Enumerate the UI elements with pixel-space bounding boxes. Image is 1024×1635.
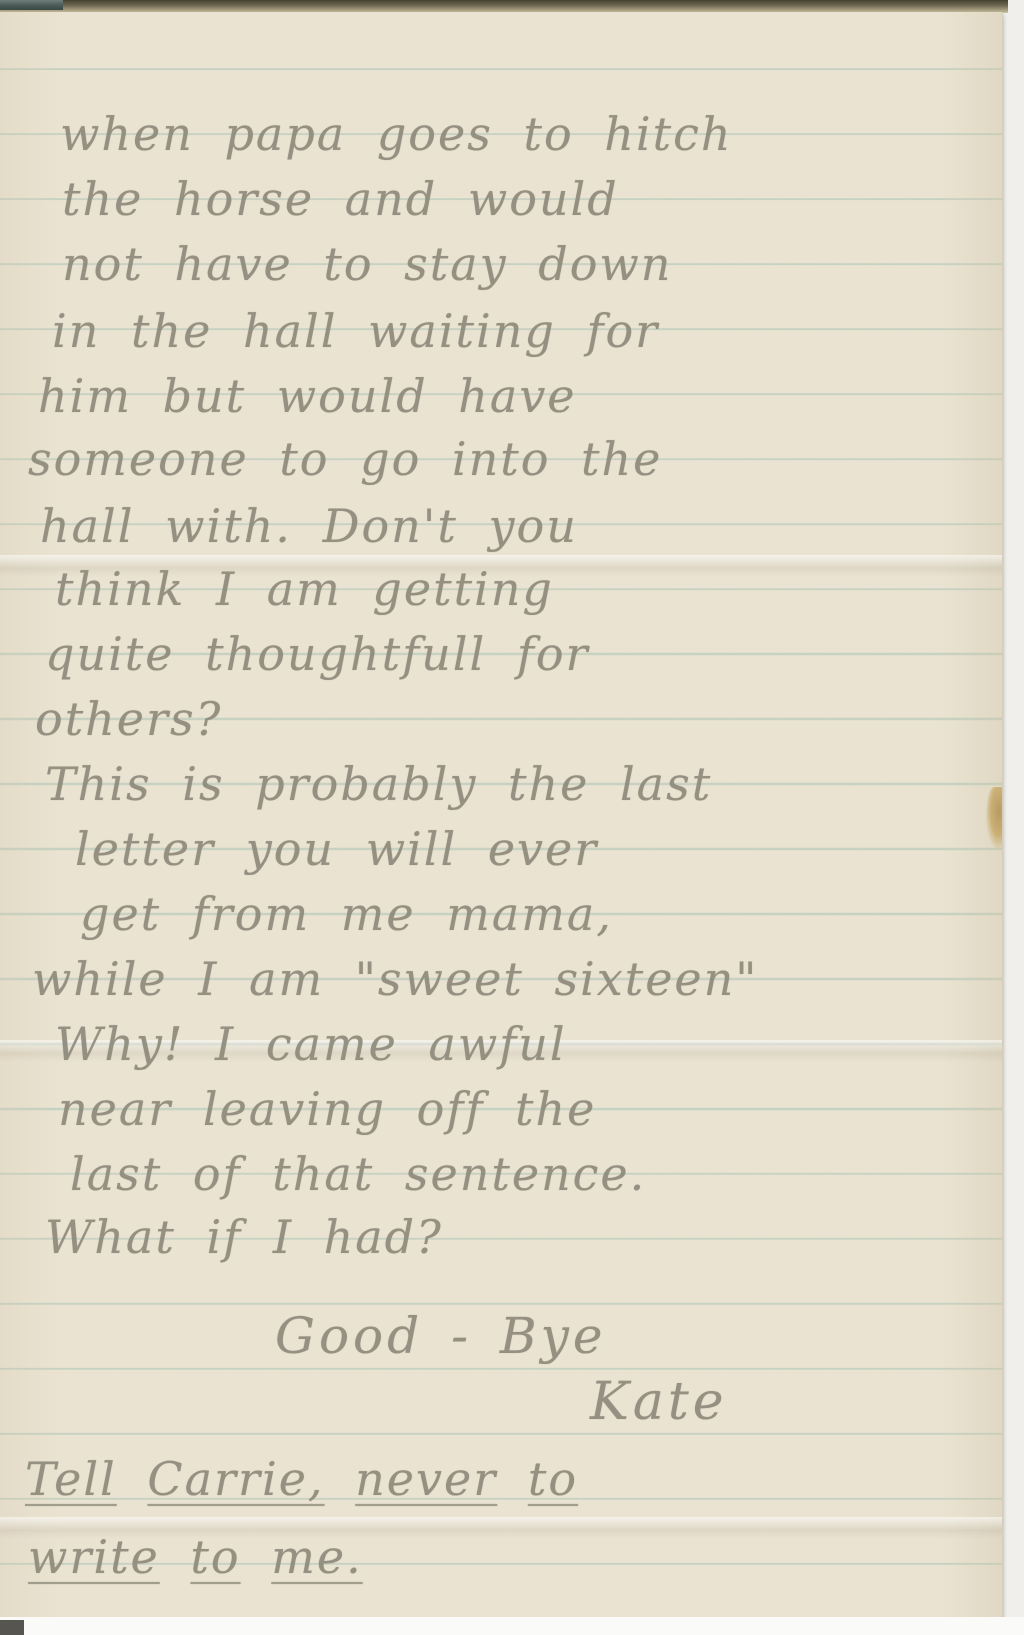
word: goes <box>377 107 493 161</box>
letter-line-body: when papa goes to hitch <box>60 107 733 161</box>
scanner-bottom-left-object <box>0 1620 24 1635</box>
letter-line-body: What if I had? <box>45 1210 443 1264</box>
word: horse <box>174 172 314 226</box>
word: last <box>620 757 712 811</box>
word: Tell <box>25 1452 117 1506</box>
letter-paper: when papa goes to hitchthe horse and wou… <box>0 12 1003 1617</box>
word: Kate <box>590 1372 728 1432</box>
word: down <box>538 237 672 291</box>
word: the <box>581 432 662 486</box>
word: that <box>272 1147 374 1201</box>
word: the <box>508 757 589 811</box>
word: the <box>515 1082 596 1136</box>
word: off <box>417 1082 485 1136</box>
word: for <box>586 304 659 358</box>
word: me. <box>271 1530 362 1584</box>
word: to <box>323 237 373 291</box>
word: for <box>517 627 590 681</box>
word: hall <box>40 499 134 553</box>
word: Carrie, <box>147 1452 324 1506</box>
word: would <box>277 369 428 423</box>
word: Good <box>275 1307 423 1365</box>
letter-line-postscript: write to me. <box>28 1530 363 1584</box>
letter-line-body: Why! I came awful <box>55 1017 567 1071</box>
word: to <box>528 1452 578 1506</box>
word: to <box>279 432 329 486</box>
word: sixteen" <box>554 952 758 1006</box>
word: getting <box>372 562 553 616</box>
word: waiting <box>368 304 556 358</box>
letter-line-body: the horse and would <box>62 172 619 226</box>
scanner-top-left-object <box>0 0 63 10</box>
letter-line-body: This is probably the last <box>45 757 712 811</box>
word: have <box>174 237 292 291</box>
word: think <box>55 562 185 616</box>
word: letter <box>75 822 215 876</box>
word: while <box>32 952 168 1006</box>
letter-line-body: last of that sentence. <box>70 1147 646 1201</box>
letter-line-body: hall with. Don't you <box>40 499 578 553</box>
letter-line-postscript: Tell Carrie, never to <box>25 1452 578 1506</box>
word: of <box>193 1147 242 1201</box>
word: not <box>62 237 144 291</box>
word: am <box>267 562 342 616</box>
word: go <box>360 432 421 486</box>
word: thoughtfull <box>205 627 486 681</box>
word: into <box>452 432 551 486</box>
word: to <box>190 1530 240 1584</box>
word: I <box>216 562 236 616</box>
letter-line-body: near leaving off the <box>58 1082 596 1136</box>
word: came <box>266 1017 398 1071</box>
word: if <box>206 1210 242 1264</box>
word: is <box>182 757 224 811</box>
word: Why! <box>55 1017 184 1071</box>
word: the <box>131 304 212 358</box>
letter-line-body: letter you will ever <box>75 822 598 876</box>
word: you <box>246 822 335 876</box>
word: quite <box>45 627 175 681</box>
word: Don't <box>323 499 458 553</box>
word: probably <box>255 757 477 811</box>
word: with. <box>165 499 292 553</box>
word: I <box>215 1017 235 1071</box>
word: someone <box>28 432 249 486</box>
word: have <box>458 369 576 423</box>
letter-line-body: quite thoughtfull for <box>45 627 590 681</box>
letter-line-body: think I am getting <box>55 562 554 616</box>
word: near <box>58 1082 172 1136</box>
word: but <box>163 369 247 423</box>
letter-line-signature: Kate <box>590 1372 728 1432</box>
letter-line-body: someone to go into the <box>28 432 662 486</box>
word: from <box>192 887 310 941</box>
word: me <box>341 887 416 941</box>
word: leaving <box>203 1082 386 1136</box>
word: stay <box>404 237 508 291</box>
word: sentence. <box>405 1147 646 1201</box>
word: awful <box>428 1017 566 1071</box>
word: hall <box>243 304 337 358</box>
scanned-letter: when papa goes to hitchthe horse and wou… <box>0 0 1024 1635</box>
word: I <box>273 1210 293 1264</box>
word: never <box>355 1452 497 1506</box>
word: ever <box>488 822 598 876</box>
word: - <box>451 1307 472 1365</box>
word: when <box>60 107 194 161</box>
word: This <box>45 757 152 811</box>
word: will <box>366 822 458 876</box>
word: What <box>45 1210 176 1264</box>
word: I <box>198 952 218 1006</box>
letter-line-body: get from me mama, <box>80 887 613 941</box>
word: papa <box>224 107 346 161</box>
word: "sweet <box>355 952 524 1006</box>
word: him <box>38 369 132 423</box>
word: write <box>28 1530 160 1584</box>
word: hitch <box>604 107 732 161</box>
word: am <box>249 952 324 1006</box>
word: had? <box>324 1210 443 1264</box>
scanner-bottom-strip <box>0 1617 1024 1635</box>
word: others? <box>35 692 222 746</box>
word: would <box>468 172 619 226</box>
letter-line-body: in the hall waiting for <box>52 304 659 358</box>
letter-line-closing: Good - Bye <box>275 1307 606 1365</box>
letter-line-body: him but would have <box>38 369 577 423</box>
word: the <box>62 172 143 226</box>
word: you <box>489 499 578 553</box>
word: Bye <box>500 1307 607 1365</box>
word: last <box>70 1147 162 1201</box>
word: to <box>523 107 573 161</box>
letter-line-body: not have to stay down <box>62 237 672 291</box>
word: and <box>345 172 438 226</box>
word: in <box>52 304 100 358</box>
letter-line-body: while I am "sweet sixteen" <box>32 952 758 1006</box>
handwriting-layer: when papa goes to hitchthe horse and wou… <box>0 12 1002 1617</box>
letter-line-body: others? <box>35 692 222 746</box>
word: get <box>80 887 161 941</box>
word: mama, <box>446 887 613 941</box>
